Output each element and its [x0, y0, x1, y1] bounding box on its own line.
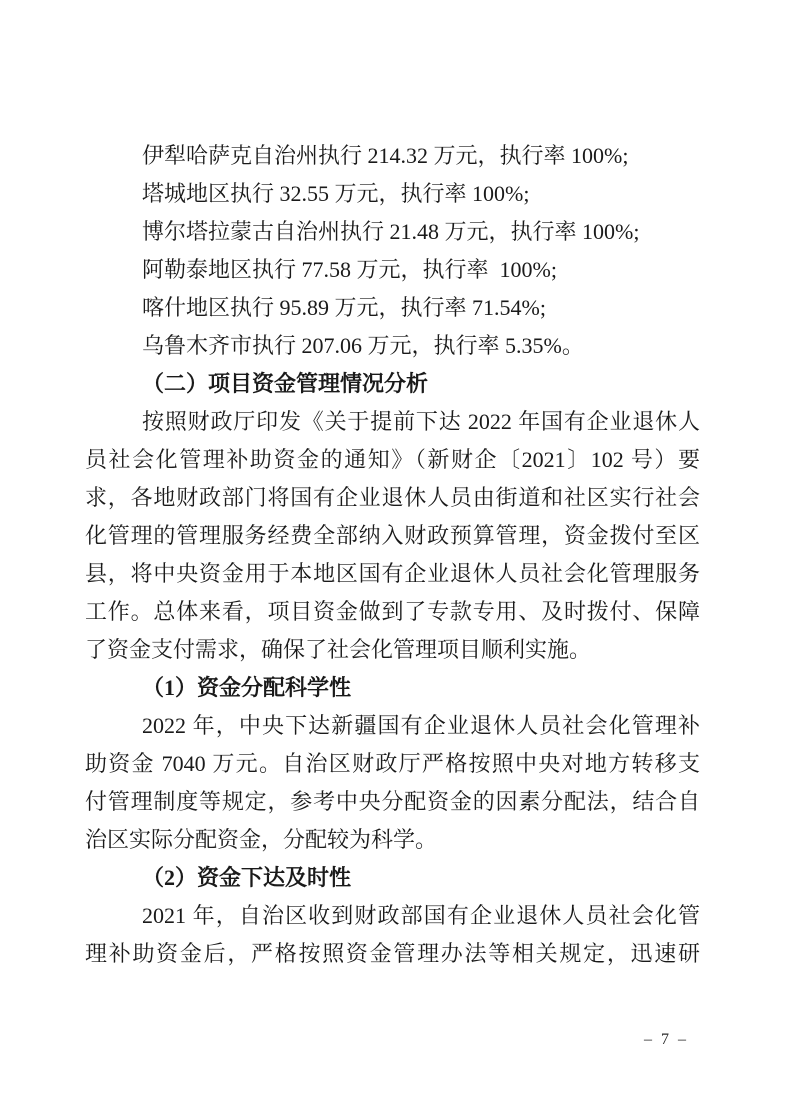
text-line: 塔城地区执行 32.55 万元，执行率 100%;: [85, 175, 700, 213]
text-line: 乌鲁木齐市执行 207.06 万元，执行率 5.35%。: [85, 327, 700, 365]
text-line: 伊犁哈萨克自治州执行 214.32 万元，执行率 100%;: [85, 137, 700, 175]
text-line: 博尔塔拉蒙古自治州执行 21.48 万元，执行率 100%;: [85, 213, 700, 251]
section-heading: （2）资金下达及时性: [85, 859, 700, 897]
text-line: 治区实际分配资金，分配较为科学。: [85, 821, 700, 859]
text-line: 2021 年，自治区收到财政部国有企业退休人员社会化管: [85, 897, 700, 935]
text-line: 助资金 7040 万元。自治区财政厅严格按照中央对地方转移支: [85, 745, 700, 783]
text-line: 阿勒泰地区执行 77.58 万元，执行率 100%;: [85, 251, 700, 289]
text-line: 2022 年，中央下达新疆国有企业退休人员社会化管理补: [85, 707, 700, 745]
text-line: 理补助资金后，严格按照资金管理办法等相关规定，迅速研: [85, 935, 700, 973]
text-line: 工作。总体来看，项目资金做到了专款专用、及时拨付、保障: [85, 593, 700, 631]
text-line: 按照财政厅印发《关于提前下达 2022 年国有企业退休人: [85, 403, 700, 441]
text-line: 喀什地区执行 95.89 万元，执行率 71.54%;: [85, 289, 700, 327]
text-line: 求，各地财政部门将国有企业退休人员由街道和社区实行社会: [85, 479, 700, 517]
text-line: 付管理制度等规定，参考中央分配资金的因素分配法，结合自: [85, 783, 700, 821]
page-number: – 7 –: [630, 1029, 700, 1051]
section-heading: （1）资金分配科学性: [85, 669, 700, 707]
text-line: 化管理的管理服务经费全部纳入财政预算管理，资金拨付至区: [85, 517, 700, 555]
text-line: 员社会化管理补助资金的通知》（新财企〔2021〕102 号）要: [85, 441, 700, 479]
text-line: 县，将中央资金用于本地区国有企业退休人员社会化管理服务: [85, 555, 700, 593]
document-body: 伊犁哈萨克自治州执行 214.32 万元，执行率 100%;塔城地区执行 32.…: [85, 137, 700, 973]
document-page: 伊犁哈萨克自治州执行 214.32 万元，执行率 100%;塔城地区执行 32.…: [0, 0, 790, 1118]
section-heading: （二）项目资金管理情况分析: [85, 365, 700, 403]
text-line: 了资金支付需求，确保了社会化管理项目顺利实施。: [85, 631, 700, 669]
